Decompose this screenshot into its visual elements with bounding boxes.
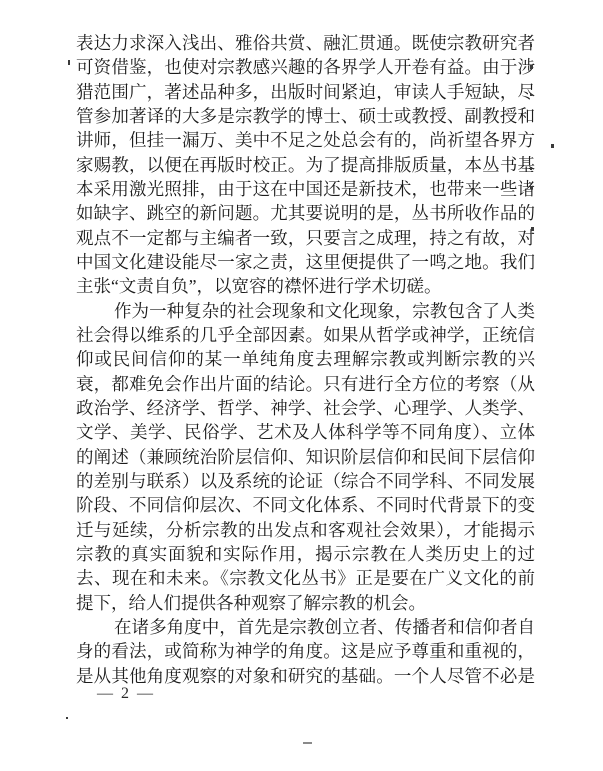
text-line: 宗教的真实面貌和实际作用，揭示宗教在人类历史上的过 — [76, 542, 535, 566]
scan-speck — [66, 717, 68, 719]
text-line: 管参加著译的大多是宗教学的博士、硕士或教授、副教授和 — [76, 104, 535, 128]
page-number: — 2 — — [97, 685, 155, 703]
text-line: 中国文化建设能尽一家之责，这里便提供了一鸣之地。我们 — [76, 250, 535, 274]
scan-speck — [530, 94, 532, 96]
text-line-paragraph-end: 主张“文责自负”，以宽容的襟怀进行学术切磋。 — [76, 274, 535, 298]
text-line-paragraph-start: 作为一种复杂的社会现象和文化现象，宗教包含了人类 — [76, 299, 535, 323]
text-line-paragraph-end: 提下，给人们提供各种观察了解宗教的机会。 — [76, 591, 535, 615]
text-line: 的阐述（兼顾统治阶层信仰、知识阶层信仰和民间下层信仰 — [76, 445, 535, 469]
scan-speck — [531, 227, 534, 231]
text-line: 本采用激光照排，由于这在中国还是新技术，也带来一些诸 — [76, 177, 535, 201]
text-line: 家赐教，以便在再版时校正。为了提高排版质量，本丛书基 — [76, 153, 535, 177]
text-line: 观点不一定都与主编者一致，只要言之成理，持之有故，对 — [76, 226, 535, 250]
text-line: 可资借鉴，也使对宗教感兴趣的各界学人开卷有益。由于涉 — [76, 55, 535, 79]
scan-speck — [530, 381, 532, 383]
text-line: 文学、美学、民俗学、艺术及人体科学等不同角度）、立体 — [76, 420, 535, 444]
text-line: 去、现在和未来。《宗教文化丛书》正是要在广义文化的前 — [76, 566, 535, 590]
text-line: 如缺字、跳空的新问题。尤其要说明的是，丛书所收作品的 — [76, 201, 535, 225]
scan-speck — [303, 742, 312, 744]
scan-speck — [530, 44, 532, 47]
scan-speck — [68, 60, 70, 65]
text-line: 政治学、经济学、哲学、神学、社会学、心理学、人类学、 — [76, 396, 535, 420]
scan-speck — [530, 167, 532, 170]
text-line-paragraph-start: 在诸多角度中，首先是宗教创立者、传播者和信仰者自 — [76, 615, 535, 639]
book-page: 表达力求深入浅出、雅俗共赏、融汇贯通。既使宗教研究者 可资借鉴，也使对宗教感兴趣… — [0, 0, 603, 771]
text-line: 迁与延续，分析宗教的出发点和客观社会效果），才能揭示 — [76, 518, 535, 542]
text-line: 社会得以维系的几乎全部因素。如果从哲学或神学，正统信 — [76, 323, 535, 347]
scan-speck — [551, 144, 554, 148]
text-line: 阶段、不同信仰层次、不同文化体系、不同时代背景下的变 — [76, 493, 535, 517]
text-line: 的差别与联系）以及系统的论证（综合不同学科、不同发展 — [76, 469, 535, 493]
body-text: 表达力求深入浅出、雅俗共赏、融汇贯通。既使宗教研究者 可资借鉴，也使对宗教感兴趣… — [76, 31, 535, 688]
text-line: 讲师，但挂一漏万、美中不足之处总会有的，尚祈望各界方 — [76, 128, 535, 152]
text-line: 仰或民间信仰的某一单纯角度去理解宗教或判断宗教的兴 — [76, 347, 535, 371]
text-line: 身的看法，或简称为神学的角度。这是应予尊重和重视的， — [76, 639, 535, 663]
scan-speck — [530, 65, 533, 69]
text-line: 衰，都难免会作出片面的结论。只有进行全方位的考察（从 — [76, 372, 535, 396]
text-line: 表达力求深入浅出、雅俗共赏、融汇贯通。既使宗教研究者 — [76, 31, 535, 55]
text-line: 猎范围广，著述品种多，出版时间紧迫，审读人手短缺，尽 — [76, 80, 535, 104]
scan-speck — [530, 186, 533, 189]
